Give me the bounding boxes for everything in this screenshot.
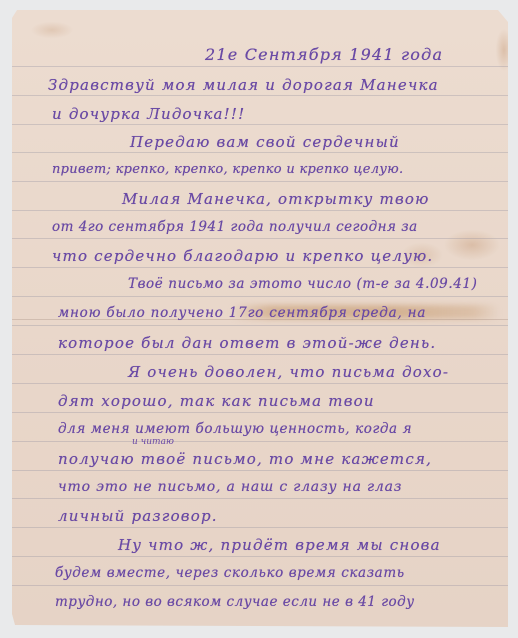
letter-line: трудно, но во всяком случае если не в 41…	[55, 594, 415, 610]
letter-line: и дочурка Лидочка!!!	[52, 105, 245, 123]
letter-line: дят хорошо, так как письма твои	[58, 392, 375, 410]
ruled-line	[12, 585, 508, 586]
letter-line: Я очень доволен, что письма дохо-	[128, 363, 449, 381]
ruled-line	[12, 441, 508, 442]
letter-line: Ну что ж, придёт время мы снова	[118, 536, 441, 554]
ruled-line	[12, 383, 508, 384]
letter-line: для меня имеют большую ценность, когда я	[58, 421, 412, 437]
letter-line: Твоё письмо за этото число (т-е за 4.09.…	[128, 276, 477, 292]
ruled-line	[12, 354, 508, 355]
letter-line: что сердечно благодарю и крепко целую.	[52, 247, 433, 265]
ruled-line	[12, 181, 508, 182]
letter-line: мною было получено 17го сентября среда, …	[58, 305, 426, 321]
ruled-line	[12, 66, 508, 67]
ruled-line	[12, 238, 508, 239]
letter-line: получаю твоё письмо, то мне кажется,	[58, 450, 432, 468]
ruled-line	[12, 124, 508, 125]
ruled-line	[12, 470, 508, 471]
letter-line: что это не письмо, а наш с глазу на глаз	[58, 479, 402, 495]
ruled-line	[12, 296, 508, 297]
ruled-line	[12, 95, 508, 96]
letter-line: Здравствуй моя милая и дорогая Манечка	[48, 76, 439, 94]
letter-date: 21е Сентября 1941 года	[205, 45, 443, 64]
interlinear-note: и читаю	[132, 437, 174, 447]
ruled-line	[12, 210, 508, 211]
letter-line: Милая Манечка, открытку твою	[122, 190, 430, 208]
ruled-line	[12, 152, 508, 153]
letter-line: будем вместе, через сколько время сказат…	[55, 565, 405, 581]
ruled-line	[12, 498, 508, 499]
ruled-line	[12, 267, 508, 268]
letter-line: личный разговор.	[58, 507, 218, 525]
ruled-line	[12, 325, 508, 326]
letter-line: Передаю вам свой сердечный	[130, 133, 400, 151]
letter-line: от 4го сентября 1941 года получил сегодн…	[52, 219, 418, 235]
letter-line: которое был дан ответ в этой-же день.	[58, 334, 436, 352]
ruled-line	[12, 556, 508, 557]
ruled-line	[12, 412, 508, 413]
ruled-line	[12, 527, 508, 528]
letter-line: привет; крепко, крепко, крепко и крепко …	[52, 162, 403, 177]
